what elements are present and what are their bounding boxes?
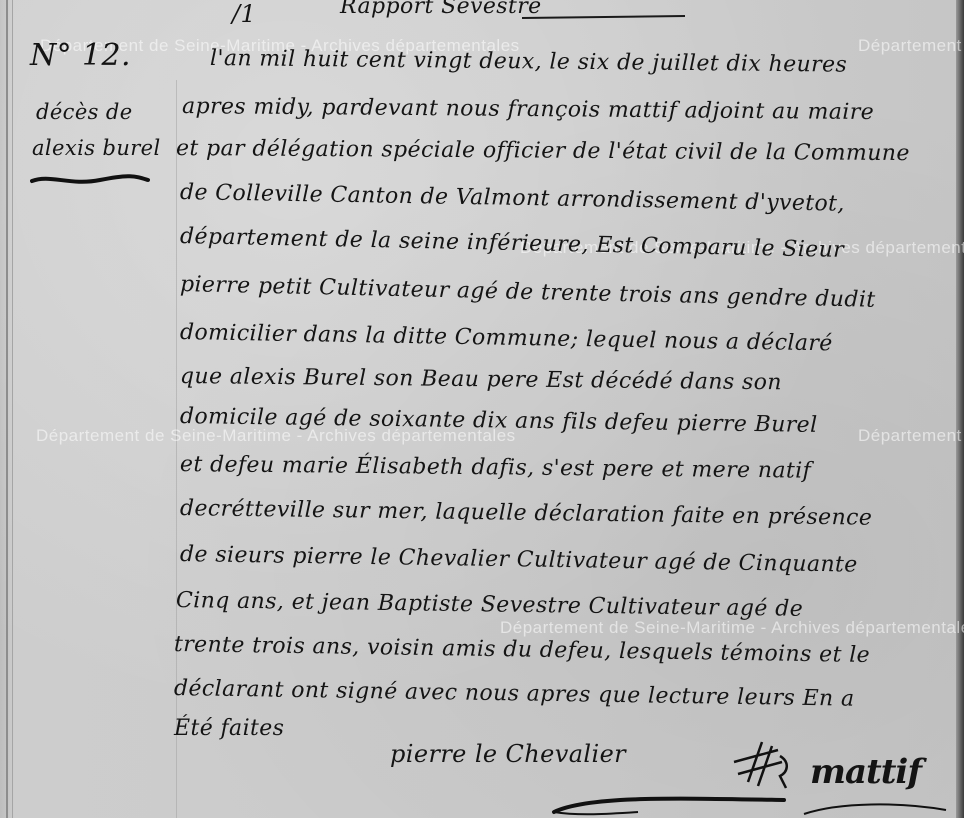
- body-line: decrétteville sur mer, laquelle déclarat…: [180, 496, 873, 531]
- body-line: l'an mil huit cent vingt deux, le six de…: [210, 46, 847, 78]
- body-line: département de la seine inférieure, Est …: [180, 224, 845, 263]
- body-line: et defeu marie Élisabeth dafis, s'est pe…: [180, 452, 811, 484]
- watermark: Département de Seine-Maritime - Archives…: [500, 618, 964, 638]
- body-line: pierre petit Cultivateur agé de trente t…: [180, 272, 876, 313]
- body-line: Cinq ans, et jean Baptiste Sevestre Cult…: [176, 588, 803, 622]
- margin-note-line-1: décès de: [36, 100, 133, 124]
- margin-note-line-2: alexis burel: [32, 136, 161, 160]
- signature-flourish: [548, 790, 788, 818]
- header-mark: /1: [232, 0, 256, 28]
- body-line-last: Été faites: [174, 716, 284, 741]
- page-right-edge: [956, 0, 964, 818]
- cross-mark-icon: [728, 732, 798, 796]
- signature-witness: pierre le Chevalier: [390, 740, 626, 768]
- body-line: déclarant ont signé avec nous apres que …: [174, 676, 855, 712]
- binding-edge-inner: [12, 0, 13, 818]
- header-fragment: Rapport Sevestre: [340, 0, 542, 19]
- signature-flourish-2: [800, 800, 950, 818]
- body-line: de Colleville Canton de Valmont arrondis…: [180, 180, 845, 217]
- body-line: de sieurs pierre le Chevalier Cultivateu…: [180, 542, 858, 578]
- watermark: Département de Seine-Maritime - Archives…: [858, 36, 964, 56]
- header-underline: [520, 12, 690, 22]
- body-line: que alexis Burel son Beau pere Est décéd…: [180, 364, 782, 395]
- binding-edge: [6, 0, 8, 818]
- margin-flourish: [30, 172, 150, 188]
- signature-officer: mattif: [810, 752, 921, 792]
- margin-rule: [176, 80, 177, 818]
- scanned-register-page: Département de Seine-Maritime - Archives…: [0, 0, 964, 818]
- body-line: domicilier dans la ditte Commune; lequel…: [180, 320, 833, 356]
- watermark: Département de Seine-Maritime - Archives…: [858, 426, 964, 446]
- entry-number: N° 12.: [30, 38, 131, 73]
- body-line: et par délégation spéciale officier de l…: [176, 136, 910, 166]
- body-line: apres midy, pardevant nous françois matt…: [182, 94, 874, 125]
